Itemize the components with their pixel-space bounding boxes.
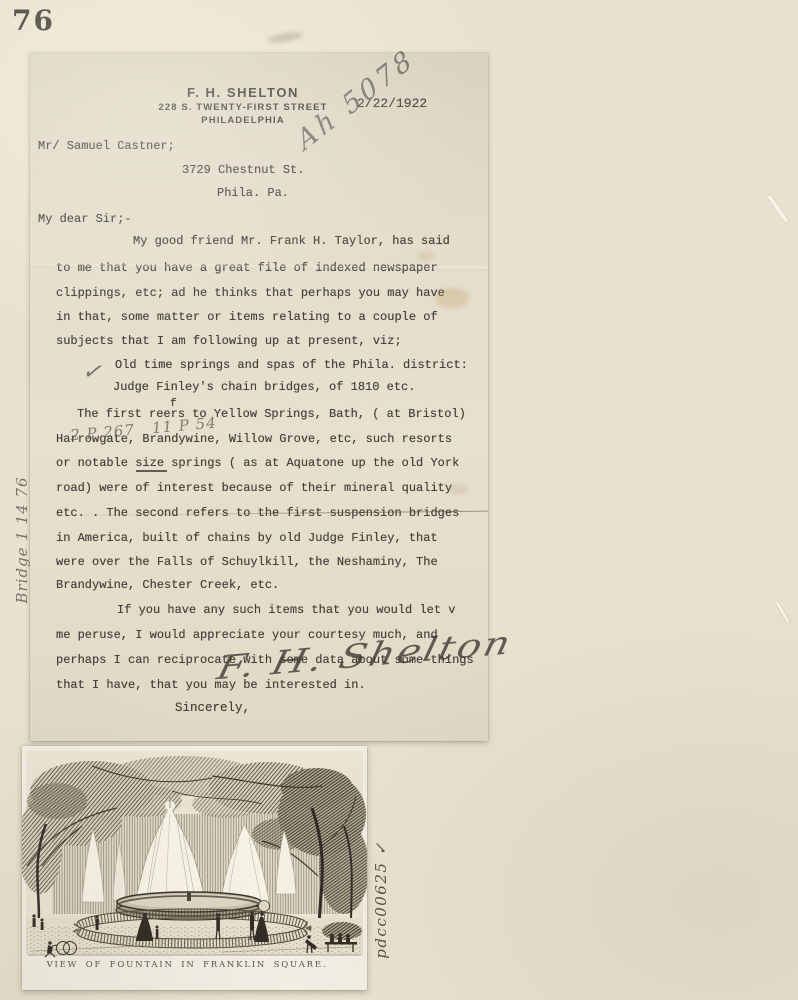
pen-photo-id: pdcc00625 ✓ — [372, 820, 392, 980]
recipient-name: Mr/ Samuel Castner; — [38, 139, 175, 153]
salutation: My dear Sir;- — [38, 212, 132, 226]
paper-stain — [418, 251, 434, 261]
typed-line: Brandywine, Chester Creek, etc. — [56, 578, 279, 592]
typed-line: The first reers to Yellow Springs, Bath,… — [77, 407, 466, 421]
typed-line: to me that you have a great file of inde… — [56, 261, 438, 275]
typed-underline — [136, 470, 167, 472]
typed-line: Judge Finley's chain bridges, of 1810 et… — [113, 380, 415, 394]
franklin-square-engraving — [22, 746, 367, 958]
basin — [116, 892, 262, 920]
pencil-check-mark: ✓ — [81, 358, 103, 386]
typed-line: Old time springs and spas of the Phila. … — [115, 358, 468, 372]
page-number: 76 — [12, 4, 55, 37]
typed-line: If you have any such items that you woul… — [117, 603, 455, 617]
pencil-margin-note: Bridge 1 14 76 — [13, 465, 31, 615]
typed-line: or notable size springs ( as at Aquatone… — [56, 456, 459, 470]
typed-line: that I have, that you may be interested … — [56, 678, 366, 692]
recipient-street: 3729 Chestnut St. — [182, 163, 304, 177]
typed-line: road) were of interest because of their … — [56, 481, 452, 495]
typed-line: subjects that I am following up at prese… — [56, 334, 402, 348]
recipient-city: Phila. Pa. — [217, 186, 289, 200]
closing: Sincerely, — [175, 701, 250, 715]
smudge-mark — [266, 30, 303, 45]
letterhead-city: PHILADELPHIA — [14, 115, 472, 126]
typed-line: clippings, etc; ad he thinks that perhap… — [56, 286, 445, 300]
paper-tear — [767, 195, 789, 224]
engraving-caption: VIEW OF FOUNTAIN IN FRANKLIN SQUARE. — [22, 960, 352, 970]
typed-correction: f — [170, 397, 177, 411]
paper-tear — [775, 601, 790, 623]
typed-line: My good friend Mr. Frank H. Taylor, has … — [133, 234, 450, 248]
typed-line: in that, some matter or items relating t… — [56, 310, 438, 324]
scrapbook-page: 76 F. H. SHELTON 228 S. TWENTY-FIRST STR… — [0, 0, 798, 1000]
engraving-clipping: VIEW OF FOUNTAIN IN FRANKLIN SQUARE. — [22, 746, 367, 990]
typed-line: were over the Falls of Schuylkill, the N… — [56, 555, 438, 569]
letter: F. H. SHELTON 228 S. TWENTY-FIRST STREET… — [30, 53, 488, 741]
typed-line: in America, built of chains by old Judge… — [56, 531, 438, 545]
typed-line: etc. . The second refers to the first su… — [56, 506, 459, 520]
